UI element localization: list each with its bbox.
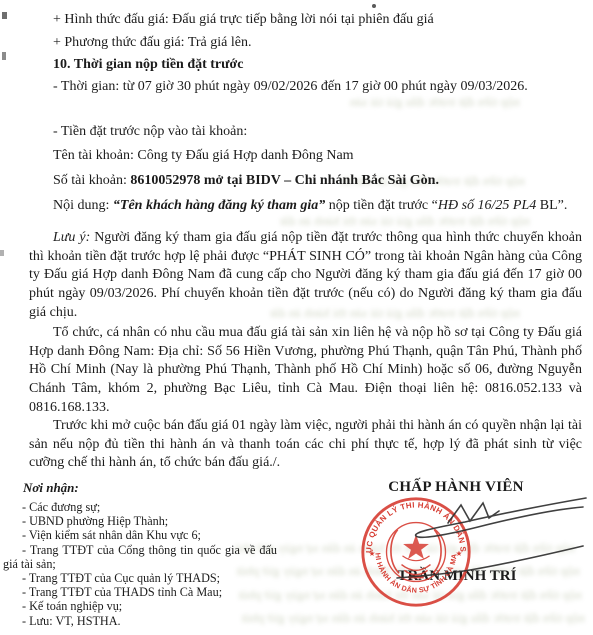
recipient-item: - Các đương sự; xyxy=(3,500,277,514)
transfer-content-line: Nội dung: “Tên khách hàng đăng ký tham g… xyxy=(29,197,582,216)
transfer-content-label: Nội dung: xyxy=(53,198,113,213)
note-label: Lưu ý: xyxy=(53,230,90,245)
scanned-auction-notice-page: nộp tiền đặt trước đấu giá tài sản thi h… xyxy=(0,0,593,635)
deposit-time-paragraph: - Thời gian: từ 07 giờ 30 phút ngày 09/0… xyxy=(29,78,582,97)
account-number-line: Số tài khoản: 8610052978 mở tại BIDV – C… xyxy=(29,172,582,191)
contact-paragraph: Tổ chức, cá nhân có nhu cầu mua đấu giá … xyxy=(29,324,582,418)
transfer-content-ref-plain: BL xyxy=(540,198,558,213)
recipient-item: - Trang TTĐT của Cục quản lý THADS; xyxy=(3,571,277,585)
deposit-account-intro: - Tiền đặt trước nộp vào tài khoản: xyxy=(29,123,582,142)
account-name-line: Tên tài khoản: Công ty Đấu giá Hợp danh … xyxy=(29,147,582,166)
recipients-list: - Các đương sự; - UBND phường Hiệp Thành… xyxy=(3,500,277,628)
auction-format-line: + Hình thức đấu giá: Đấu giá trực tiếp b… xyxy=(29,11,582,30)
scan-speck xyxy=(2,52,6,60)
transfer-content-ref: HĐ số 16/25 PL4 xyxy=(438,198,540,213)
note-text: Người đăng ký tham gia đấu giá nộp tiền … xyxy=(29,230,582,320)
recipient-item: - UBND phường Hiệp Thành; xyxy=(3,514,277,528)
recipient-item: - Trang TTĐT của THADS tỉnh Cà Mau; xyxy=(3,585,277,599)
transfer-content-close: ”. xyxy=(558,198,568,213)
recipient-item: - Viện kiểm sát nhân dân Khu vực 6; xyxy=(3,528,277,542)
transfer-content-quote: “Tên khách hàng đăng ký tham gia” xyxy=(113,198,325,213)
handwritten-signature xyxy=(300,460,593,635)
auction-method-line: + Phương thức đấu giá: Trả giá lên. xyxy=(29,34,582,53)
recipient-item: - Lưu: VT, HSTHA. xyxy=(3,614,277,628)
scan-speck xyxy=(372,4,376,8)
recipient-item: - Kế toán nghiệp vụ; xyxy=(3,599,277,613)
note-paragraph: Lưu ý: Người đăng ký tham gia đấu giá nộ… xyxy=(29,229,582,323)
recipients-label: Nơi nhận: xyxy=(23,480,79,496)
section-10-heading: 10. Thời gian nộp tiền đặt trước xyxy=(29,56,582,75)
account-number-value: 8610052978 mở tại BIDV – Chi nhánh Bắc S… xyxy=(130,173,439,188)
account-number-label: Số tài khoản: xyxy=(53,173,130,188)
scan-speck xyxy=(0,250,4,256)
transfer-content-mid: nộp tiền đặt trước “ xyxy=(325,198,438,213)
recipient-item: - Trang TTĐT của Cổng thông tin quốc gia… xyxy=(3,543,277,571)
scan-speck xyxy=(2,12,7,19)
